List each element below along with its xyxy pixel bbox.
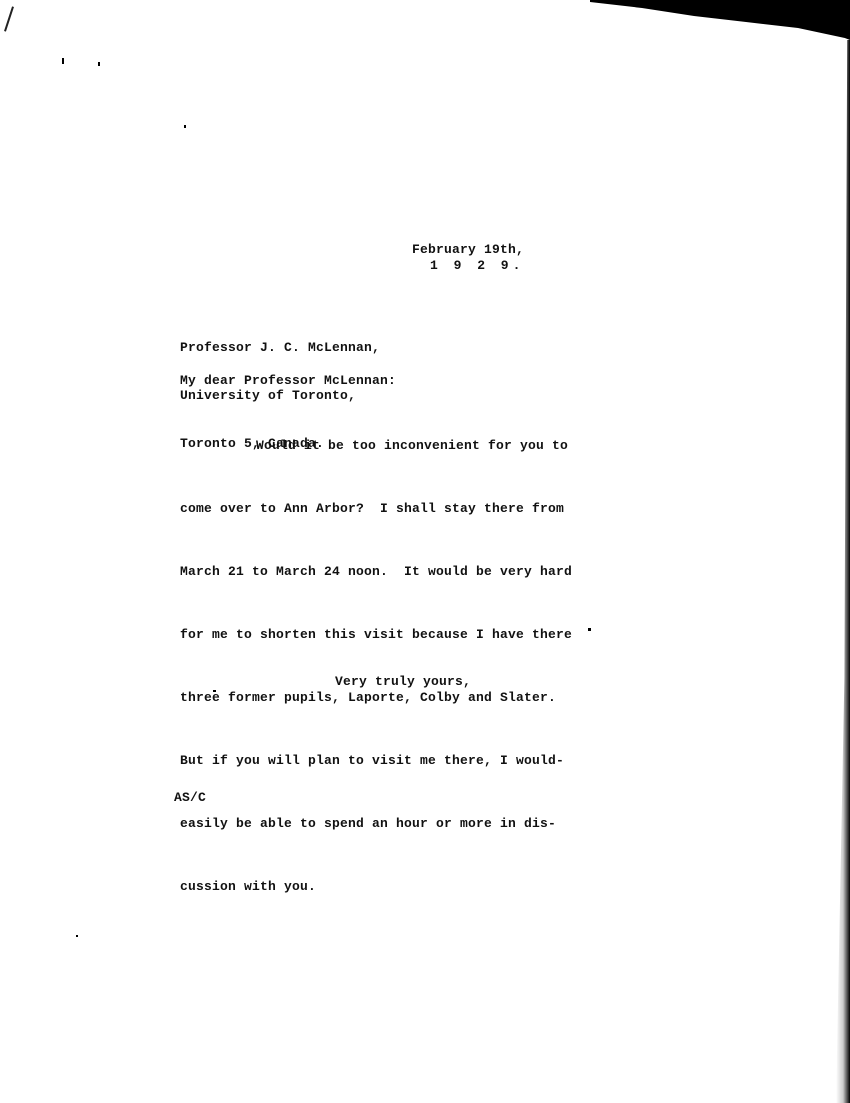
- salutation: My dear Professor McLennan:: [180, 373, 396, 388]
- pencil-mark: [4, 6, 14, 31]
- body-line: But if you will plan to visit me there, …: [180, 752, 572, 785]
- body-line: come over to Ann Arbor? I shall stay the…: [180, 500, 572, 533]
- address-line: Professor J. C. McLennan,: [180, 340, 380, 356]
- body-line: easily be able to spend an hour or more …: [180, 815, 572, 848]
- body-line: Would it be too inconvenient for you to: [180, 437, 572, 470]
- body-line: for me to shorten this visit because I h…: [180, 626, 572, 659]
- scan-speck: [62, 58, 64, 64]
- scan-shadow-right: [836, 40, 850, 1103]
- body-line: cussion with you.: [180, 878, 572, 911]
- scan-shadow-top: [590, 0, 850, 40]
- closing: Very truly yours,: [335, 674, 471, 689]
- scan-speck: [588, 628, 591, 631]
- letter-page: February 19th, 1 9 2 9. Professor J. C. …: [0, 0, 850, 1103]
- reference-initials: AS/C: [174, 790, 206, 805]
- body-line: three former pupils, Laporte, Colby and …: [180, 689, 572, 722]
- scan-speck: [184, 125, 186, 128]
- letter-year: 1 9 2 9.: [430, 258, 524, 273]
- letter-date: February 19th,: [412, 242, 524, 257]
- address-line: University of Toronto,: [180, 388, 380, 404]
- scan-speck: [98, 62, 100, 66]
- scan-speck: [76, 935, 78, 937]
- body-line: March 21 to March 24 noon. It would be v…: [180, 563, 572, 596]
